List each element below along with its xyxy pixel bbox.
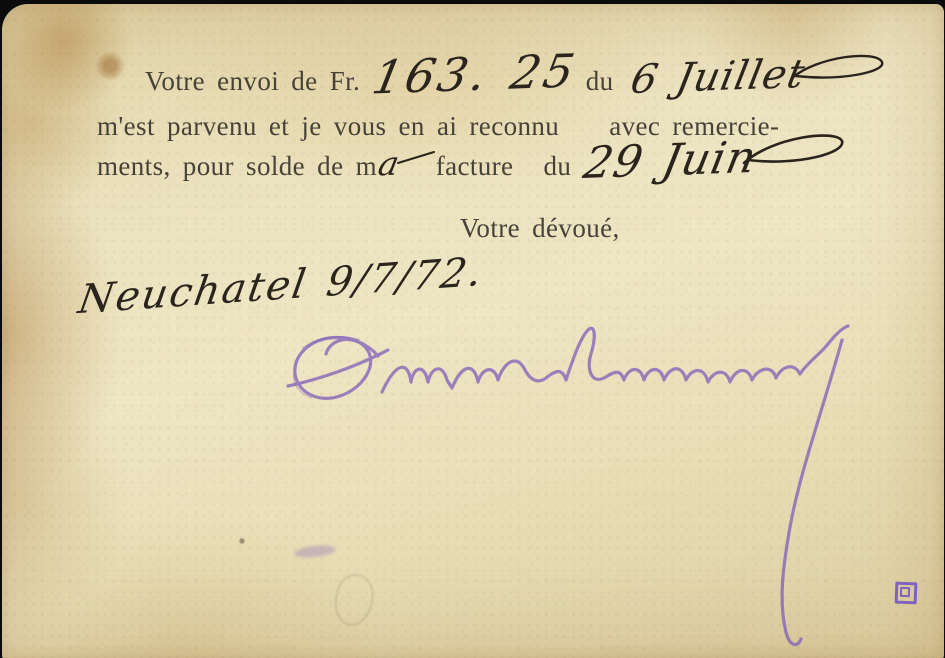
- closing-line: Votre dévoué,: [460, 215, 620, 242]
- printed-line3-facture: facture: [436, 153, 514, 180]
- printed-closing: Votre dévoué,: [460, 215, 620, 242]
- handwritten-sent-date: 6 Juillet: [627, 54, 808, 100]
- ink-slash-icon: [396, 149, 436, 165]
- ink-flourish-icon: [790, 50, 886, 84]
- handwritten-amount: 163. 25: [369, 47, 581, 100]
- line-amount: Votre envoi de Fr. 163. 25 du 6 Juillet: [145, 51, 886, 97]
- handwritten-invoice-date: 29 Juin: [580, 136, 760, 186]
- handwritten-place-date: Neuchatel 9/7/72.: [76, 252, 487, 320]
- ink-flourish-icon: [742, 129, 846, 169]
- line-invoice: ments, pour solde de m a facture du 29 J…: [97, 135, 846, 183]
- printed-line1-label: Votre envoi de Fr.: [145, 68, 360, 95]
- printed-line1-du: du: [586, 68, 614, 95]
- receipt-card: Votre envoi de Fr. 163. 25 du 6 Juillet …: [2, 4, 944, 658]
- printed-line3-du: du: [543, 153, 571, 180]
- square-stamp-mark: [895, 582, 918, 605]
- printed-line3-prefix: ments, pour solde de m: [97, 153, 377, 180]
- place-date-line: Neuchatel 9/7/72.: [79, 259, 482, 313]
- signature-stamp: [282, 322, 882, 658]
